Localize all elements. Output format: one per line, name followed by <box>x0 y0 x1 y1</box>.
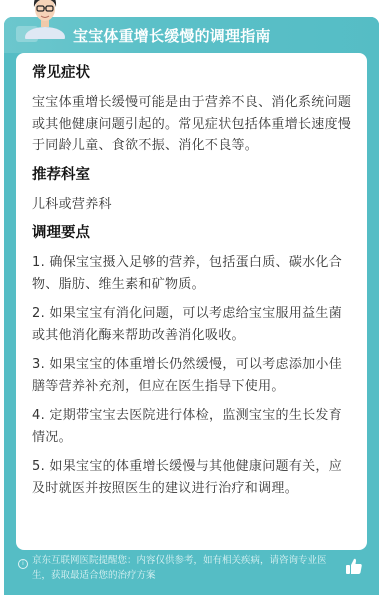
thumbs-up-icon[interactable] <box>345 557 363 575</box>
info-icon: i <box>18 559 28 569</box>
care-point-2: 2. 如果宝宝有消化问题，可以考虑给宝宝服用益生菌或其他消化酶来帮助改善消化吸收… <box>32 303 354 346</box>
guide-card: 宝宝体重增长缓慢的调理指南 常见症状 宝宝体重增长缓慢可能是由于营养不良、消化系… <box>4 17 379 595</box>
page-title: 宝宝体重增长缓慢的调理指南 <box>73 25 271 46</box>
care-point-5: 5. 如果宝宝的体重增长缓慢与其他健康问题有关，应及时就医并按照医生的建议进行治… <box>32 456 354 499</box>
disclaimer: i 京东互联网医院提醒您：内容仅供参考，如有相关疾病，请咨询专业医生，获取最适合… <box>18 553 338 583</box>
care-point-4: 4. 定期带宝宝去医院进行体检，监测宝宝的生长发育情况。 <box>32 405 354 448</box>
section-heading-care-points: 调理要点 <box>32 223 354 243</box>
content-card: 常见症状 宝宝体重增长缓慢可能是由于营养不良、消化系统问题或其他健康问题引起的。… <box>16 53 367 550</box>
doctor-avatar <box>22 0 68 39</box>
section-heading-department: 推荐科室 <box>32 165 354 185</box>
section-heading-symptoms: 常见症状 <box>32 63 354 83</box>
department-text: 儿科或营养科 <box>32 194 354 216</box>
care-point-1: 1. 确保宝宝摄入足够的营养，包括蛋白质、碳水化合物、脂肪、维生素和矿物质。 <box>32 252 354 295</box>
care-point-3: 3. 如果宝宝的体重增长仍然缓慢，可以考虑添加小佳膳等营养补充剂，但应在医生指导… <box>32 354 354 397</box>
symptoms-text: 宝宝体重增长缓慢可能是由于营养不良、消化系统问题或其他健康问题引起的。常见症状包… <box>32 92 354 157</box>
disclaimer-text: 京东互联网医院提醒您：内容仅供参考，如有相关疾病，请咨询专业医生，获取最适合您的… <box>18 553 338 583</box>
content: 常见症状 宝宝体重增长缓慢可能是由于营养不良、消化系统问题或其他健康问题引起的。… <box>32 63 354 507</box>
